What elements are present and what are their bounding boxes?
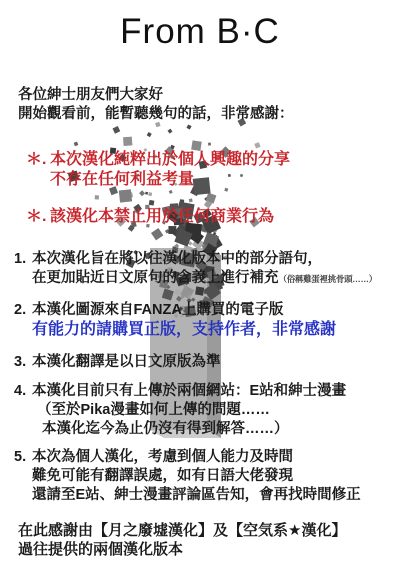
list-item-1: 1. 本次漢化旨在將以往漢化版本中的部分語句， 在更加貼近日文原句的含義上進行補… <box>14 250 377 289</box>
item-line: 本漢化翻譯是以日文原版為準 <box>32 353 221 372</box>
greeting-text: 各位紳士朋友們大家好 開始觀看前，能暫聽幾句的話，非常感謝： <box>18 86 294 124</box>
asterisk-marker: ＊. <box>26 207 50 227</box>
item-number: 3. <box>14 353 32 372</box>
list-item-5: 5. 本次為個人漢化，考慮到個人能力及時間 難免可能有翻譯誤處，如有日語大佬發現… <box>14 448 361 505</box>
list-item-2: 2. 本漢化圖源來自FANZA上購買的電子版 有能力的請購買正版，支持作者，非常… <box>14 301 336 340</box>
notice-personal-interest: ＊. 本次漢化純粹出於個人興趣的分享 不存在任何利益考量 <box>26 150 290 190</box>
item-side-note: （俗稱雞蛋裡挑骨頭……） <box>279 274 377 284</box>
item-number: 2. <box>14 301 32 340</box>
item-line: （至於Pika漫畫如何上傳的問題…… <box>32 401 346 420</box>
item-line: 本漢化目前只有上傳於兩個網站：E站和紳士漫畫 <box>32 382 346 401</box>
item-number: 1. <box>14 250 32 289</box>
item-line: 本漢化迄今為止仍沒有得到解答……） <box>32 420 346 439</box>
item-line: 本次為個人漢化，考慮到個人能力及時間 <box>32 448 361 467</box>
item-number: 4. <box>14 382 32 439</box>
notice-line: 不存在任何利益考量 <box>50 170 290 190</box>
page-title: From B·C <box>0 12 400 52</box>
item-line: 本漢化圖源來自FANZA上購買的電子版 <box>32 301 336 320</box>
item-number: 5. <box>14 448 32 505</box>
credits-line-1: 在此感謝由【月之廢墟漢化】及【空気系★漢化】 <box>18 521 346 540</box>
item-line: 在更加貼近日文原句的含義上進行補充（俗稱雞蛋裡挑骨頭……） <box>32 269 377 289</box>
support-author-highlight: 有能力的請購買正版，支持作者，非常感謝 <box>32 320 336 340</box>
notice-line: 本次漢化純粹出於個人興趣的分享 <box>50 150 290 170</box>
credits-line-2: 過往提供的兩個漢化版本 <box>18 540 346 559</box>
notice-line: 該漢化本禁止用於任何商業行為 <box>50 207 274 227</box>
item-line: 還請至E站、紳士漫畫評論區告知，會再找時間修正 <box>32 486 361 505</box>
credits-text: 在此感謝由【月之廢墟漢化】及【空気系★漢化】 過往提供的兩個漢化版本 <box>18 521 346 559</box>
list-item-4: 4. 本漢化目前只有上傳於兩個網站：E站和紳士漫畫 （至於Pika漫畫如何上傳的… <box>14 382 346 439</box>
greeting-line-1: 各位紳士朋友們大家好 <box>18 86 294 105</box>
item-line: 難免可能有翻譯誤處，如有日語大佬發現 <box>32 467 361 486</box>
item-line: 本次漢化旨在將以往漢化版本中的部分語句， <box>32 250 377 269</box>
greeting-line-2: 開始觀看前，能暫聽幾句的話，非常感謝： <box>18 105 294 124</box>
list-item-3: 3. 本漢化翻譯是以日文原版為準 <box>14 353 221 372</box>
notice-no-commercial: ＊. 該漢化本禁止用於任何商業行為 <box>26 207 274 227</box>
asterisk-marker: ＊. <box>26 150 50 190</box>
